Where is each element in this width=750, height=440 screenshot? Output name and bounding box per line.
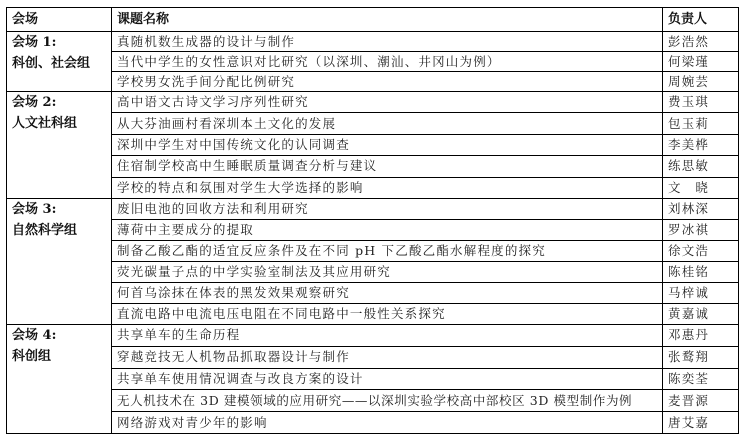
header-topic: 课题名称 bbox=[112, 8, 663, 32]
header-owner: 负责人 bbox=[663, 8, 739, 32]
table-row: 学校的特点和氛围对学生大学选择的影响 文 晓 bbox=[7, 177, 739, 198]
owner-cell: 刘林深 bbox=[663, 198, 739, 219]
topic-cell: 何首乌涂抹在体表的黑发效果观察研究 bbox=[112, 282, 663, 303]
table-row: 何首乌涂抹在体表的黑发效果观察研究 马梓诚 bbox=[7, 282, 739, 303]
topic-cell: 高中语文古诗文学习序列性研究 bbox=[112, 92, 663, 113]
table-row: 会场 4: 科创组 共享单车的生命历程 邓惠丹 bbox=[7, 324, 739, 346]
owner-cell: 陈奕荃 bbox=[663, 368, 739, 390]
table-row: 学校男女洗手间分配比例研究 周婉芸 bbox=[7, 72, 739, 92]
owner-cell: 文 晓 bbox=[663, 177, 739, 198]
owner-cell: 练思敏 bbox=[663, 156, 739, 177]
table-row: 住宿制学校高中生睡眠质量调查分析与建议 练思敏 bbox=[7, 156, 739, 177]
venue-cell-4: 会场 4: 科创组 bbox=[7, 324, 112, 433]
owner-cell: 何梁瑾 bbox=[663, 52, 739, 72]
venue-group: 科创组 bbox=[12, 346, 111, 367]
owner-cell: 邓惠丹 bbox=[663, 324, 739, 346]
topic-cell: 学校的特点和氛围对学生大学选择的影响 bbox=[112, 177, 663, 198]
table-row: 深圳中学生对中国传统文化的认同调查 李美桦 bbox=[7, 134, 739, 155]
table-row: 薄荷中主要成分的提取 罗冰祺 bbox=[7, 219, 739, 240]
venue-name: 会场 3: bbox=[12, 199, 111, 220]
table-row: 无人机技术在 3D 建模领域的应用研究——以深圳实验学校高中部校区 3D 模型制… bbox=[7, 390, 739, 412]
venue-name: 会场 2: bbox=[12, 92, 111, 113]
table-row: 荧光碳量子点的中学实验室制法及其应用研究 陈桂铭 bbox=[7, 261, 739, 282]
topic-cell: 共享单车使用情况调查与改良方案的设计 bbox=[112, 368, 663, 390]
venue-cell-1: 会场 1: 科创、社会组 bbox=[7, 32, 112, 92]
table-row: 制备乙酸乙酯的适宜反应条件及在不同 pH 下乙酸乙酯水解程度的探究 徐文浩 bbox=[7, 240, 739, 261]
owner-cell: 马梓诚 bbox=[663, 282, 739, 303]
owner-cell: 彭浩然 bbox=[663, 32, 739, 52]
topic-cell: 网络游戏对青少年的影响 bbox=[112, 412, 663, 434]
topic-cell: 薄荷中主要成分的提取 bbox=[112, 219, 663, 240]
venue-group: 科创、社会组 bbox=[12, 53, 111, 74]
table-row: 会场 2: 人文社科组 高中语文古诗文学习序列性研究 费玉琪 bbox=[7, 92, 739, 113]
topic-cell: 制备乙酸乙酯的适宜反应条件及在不同 pH 下乙酸乙酯水解程度的探究 bbox=[112, 240, 663, 261]
topic-cell: 共享单车的生命历程 bbox=[112, 324, 663, 346]
owner-cell: 唐艾嘉 bbox=[663, 412, 739, 434]
header-venue: 会场 bbox=[7, 8, 112, 32]
topic-cell: 直流电路中电流电压电阻在不同电路中一般性关系探究 bbox=[112, 303, 663, 324]
table-row: 会场 1: 科创、社会组 真随机数生成器的设计与制作 彭浩然 bbox=[7, 32, 739, 52]
topic-cell: 从大芬油画村看深圳本土文化的发展 bbox=[112, 113, 663, 134]
owner-cell: 徐文浩 bbox=[663, 240, 739, 261]
topic-cell: 废旧电池的回收方法和利用研究 bbox=[112, 198, 663, 219]
topic-cell: 荧光碳量子点的中学实验室制法及其应用研究 bbox=[112, 261, 663, 282]
owner-cell: 陈桂铭 bbox=[663, 261, 739, 282]
table-row: 当代中学生的女性意识对比研究（以深圳、潮汕、井冈山为例） 何梁瑾 bbox=[7, 52, 739, 72]
owner-cell: 李美桦 bbox=[663, 134, 739, 155]
venue-cell-2: 会场 2: 人文社科组 bbox=[7, 92, 112, 199]
venue-group: 人文社科组 bbox=[12, 113, 111, 134]
topic-cell: 学校男女洗手间分配比例研究 bbox=[112, 72, 663, 92]
owner-cell: 黄嘉诚 bbox=[663, 303, 739, 324]
session-schedule-table: 会场 课题名称 负责人 会场 1: 科创、社会组 真随机数生成器的设计与制作 彭… bbox=[6, 7, 739, 434]
topic-cell: 真随机数生成器的设计与制作 bbox=[112, 32, 663, 52]
table-row: 直流电路中电流电压电阻在不同电路中一般性关系探究 黄嘉诚 bbox=[7, 303, 739, 324]
venue-cell-3: 会场 3: 自然科学组 bbox=[7, 198, 112, 324]
venue-name: 会场 4: bbox=[12, 325, 111, 346]
owner-cell: 张鹜翔 bbox=[663, 346, 739, 368]
topic-cell: 住宿制学校高中生睡眠质量调查分析与建议 bbox=[112, 156, 663, 177]
table-row: 会场 3: 自然科学组 废旧电池的回收方法和利用研究 刘林深 bbox=[7, 198, 739, 219]
topic-cell: 当代中学生的女性意识对比研究（以深圳、潮汕、井冈山为例） bbox=[112, 52, 663, 72]
table-row: 穿越竞技无人机物品抓取器设计与制作 张鹜翔 bbox=[7, 346, 739, 368]
owner-cell: 罗冰祺 bbox=[663, 219, 739, 240]
venue-group: 自然科学组 bbox=[12, 220, 111, 241]
topic-cell: 无人机技术在 3D 建模领域的应用研究——以深圳实验学校高中部校区 3D 模型制… bbox=[112, 390, 663, 412]
table-row: 网络游戏对青少年的影响 唐艾嘉 bbox=[7, 412, 739, 434]
owner-cell: 周婉芸 bbox=[663, 72, 739, 92]
topic-cell: 穿越竞技无人机物品抓取器设计与制作 bbox=[112, 346, 663, 368]
venue-name: 会场 1: bbox=[12, 32, 111, 53]
topic-cell: 深圳中学生对中国传统文化的认同调查 bbox=[112, 134, 663, 155]
owner-cell: 费玉琪 bbox=[663, 92, 739, 113]
owner-cell: 麦晋源 bbox=[663, 390, 739, 412]
table-header-row: 会场 课题名称 负责人 bbox=[7, 8, 739, 32]
owner-cell: 包玉莉 bbox=[663, 113, 739, 134]
table-row: 共享单车使用情况调查与改良方案的设计 陈奕荃 bbox=[7, 368, 739, 390]
table-row: 从大芬油画村看深圳本土文化的发展 包玉莉 bbox=[7, 113, 739, 134]
